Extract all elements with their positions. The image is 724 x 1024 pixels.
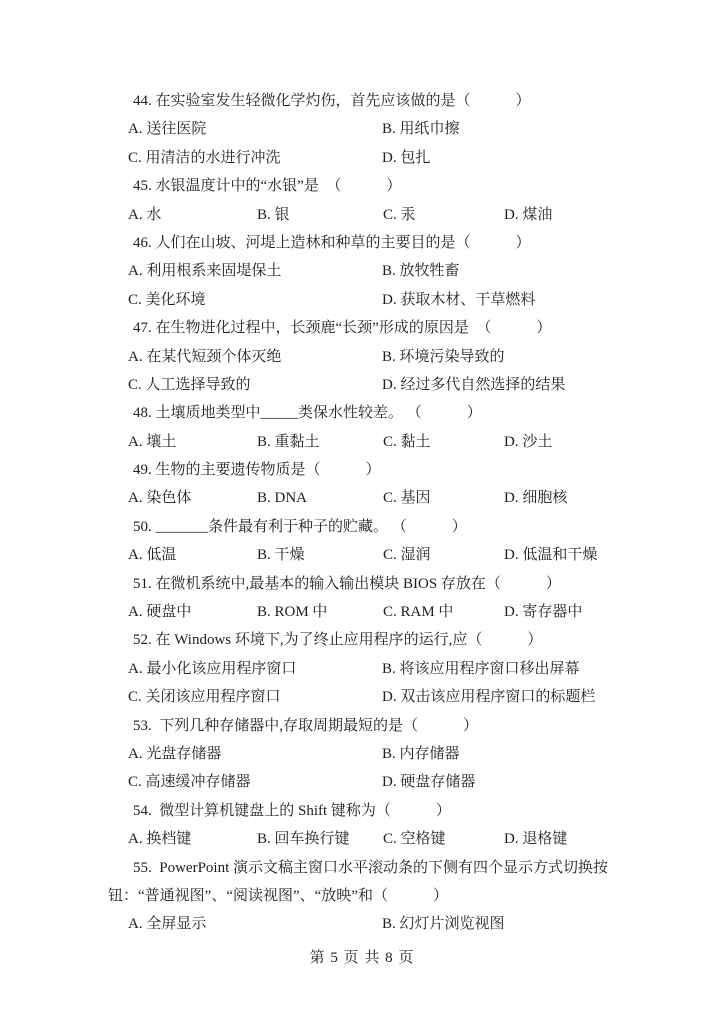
option-53-C: C. 高速缓冲存储器 (128, 768, 382, 796)
option-52-B: B. 将该应用程序窗口移出屏幕 (382, 655, 724, 683)
question-54-text: 54. 微型计算机键盘上的 Shift 键称为（ ） (0, 797, 724, 825)
option-48-D: D. 沙土 (504, 428, 724, 456)
option-48-A: A. 壤土 (128, 428, 257, 456)
option-55-B: B. 幻灯片浏览视图 (382, 910, 724, 938)
option-45-D: D. 煤油 (504, 201, 724, 229)
question-48-text: 48. 土壤质地类型中_____类保水性较差。 （ ） (0, 399, 724, 427)
question-55-text: 55. PowerPoint 演示文稿主窗口水平滚动条的下侧有四个显示方式切换按 (0, 854, 724, 882)
question-47-text: 47. 在生物进化过程中，长颈鹿“长颈”形成的原因是 （ ） (0, 314, 724, 342)
options-row-52: A. 最小化该应用程序窗口B. 将该应用程序窗口移出屏幕 (0, 655, 724, 683)
option-52-A: A. 最小化该应用程序窗口 (128, 655, 382, 683)
options-row-46: C. 美化环境D. 获取木材、干草燃料 (0, 286, 724, 314)
question-55-continuation: 钮：“普通视图”、“阅读视图”、“放映”和（ ） (0, 882, 724, 910)
question-list: 44. 在实验室发生轻微化学灼伤，首先应该做的是（ ）A. 送往医院B. 用纸巾… (0, 87, 724, 939)
question-50-text: 50. _______条件最有利于种子的贮藏。 （ ） (0, 513, 724, 541)
options-row-50: A. 低温B. 干燥C. 湿润D. 低温和干燥 (0, 541, 724, 569)
option-54-C: C. 空格键 (383, 825, 504, 853)
question-44-text: 44. 在实验室发生轻微化学灼伤，首先应该做的是（ ） (0, 87, 724, 115)
option-54-A: A. 换档键 (128, 825, 257, 853)
option-54-B: B. 回车换行键 (257, 825, 383, 853)
option-50-D: D. 低温和干燥 (504, 541, 724, 569)
options-row-44: A. 送往医院B. 用纸巾擦 (0, 115, 724, 143)
question-49-text: 49. 生物的主要遗传物质是（ ） (0, 456, 724, 484)
option-49-A: A. 染色体 (128, 484, 257, 512)
options-row-51: A. 硬盘中B. ROM 中C. RAM 中D. 寄存器中 (0, 598, 724, 626)
options-row-48: A. 壤土B. 重黏土C. 黏土D. 沙土 (0, 428, 724, 456)
option-46-C: C. 美化环境 (128, 286, 382, 314)
option-51-A: A. 硬盘中 (128, 598, 257, 626)
option-48-B: B. 重黏土 (257, 428, 383, 456)
option-49-C: C. 基因 (383, 484, 504, 512)
options-row-53: C. 高速缓冲存储器D. 硬盘存储器 (0, 768, 724, 796)
option-49-D: D. 细胞核 (504, 484, 724, 512)
options-row-55: A. 全屏显示B. 幻灯片浏览视图 (0, 910, 724, 938)
option-51-C: C. RAM 中 (383, 598, 504, 626)
option-47-B: B. 环境污染导致的 (382, 343, 724, 371)
option-52-D: D. 双击该应用程序窗口的标题栏 (382, 683, 724, 711)
option-53-D: D. 硬盘存储器 (382, 768, 724, 796)
options-row-47: C. 人工选择导致的D. 经过多代自然选择的结果 (0, 371, 724, 399)
option-45-A: A. 水 (128, 201, 257, 229)
options-row-46: A. 利用根系来固堤保土B. 放牧牲畜 (0, 257, 724, 285)
option-47-A: A. 在某代短颈个体灭绝 (128, 343, 382, 371)
option-46-A: A. 利用根系来固堤保土 (128, 257, 382, 285)
option-47-D: D. 经过多代自然选择的结果 (382, 371, 724, 399)
option-46-B: B. 放牧牲畜 (382, 257, 724, 285)
option-45-C: C. 汞 (383, 201, 504, 229)
options-row-44: C. 用清洁的水进行冲洗D. 包扎 (0, 144, 724, 172)
option-52-C: C. 关闭该应用程序窗口 (128, 683, 382, 711)
options-row-53: A. 光盘存储器B. 内存储器 (0, 740, 724, 768)
question-52-text: 52. 在 Windows 环境下,为了终止应用程序的运行,应（ ） (0, 626, 724, 654)
question-45-text: 45. 水银温度计中的“水银”是 （ ） (0, 172, 724, 200)
option-53-B: B. 内存储器 (382, 740, 724, 768)
option-44-B: B. 用纸巾擦 (382, 115, 724, 143)
question-51-text: 51. 在微机系统中,最基本的输入输出模块 BIOS 存放在（ ） (0, 570, 724, 598)
option-46-D: D. 获取木材、干草燃料 (382, 286, 724, 314)
option-50-C: C. 湿润 (383, 541, 504, 569)
option-44-D: D. 包扎 (382, 144, 724, 172)
exam-page: 44. 在实验室发生轻微化学灼伤，首先应该做的是（ ）A. 送往医院B. 用纸巾… (0, 0, 724, 1024)
option-50-A: A. 低温 (128, 541, 257, 569)
option-47-C: C. 人工选择导致的 (128, 371, 382, 399)
options-row-52: C. 关闭该应用程序窗口D. 双击该应用程序窗口的标题栏 (0, 683, 724, 711)
option-48-C: C. 黏土 (383, 428, 504, 456)
options-row-49: A. 染色体B. DNAC. 基因D. 细胞核 (0, 484, 724, 512)
options-row-45: A. 水B. 银C. 汞D. 煤油 (0, 201, 724, 229)
question-53-text: 53. 下列几种存储器中,存取周期最短的是（ ） (0, 712, 724, 740)
option-51-B: B. ROM 中 (257, 598, 383, 626)
option-45-B: B. 银 (257, 201, 383, 229)
options-row-54: A. 换档键B. 回车换行键C. 空格键D. 退格键 (0, 825, 724, 853)
page-footer: 第 5 页 共 8 页 (0, 944, 724, 972)
option-49-B: B. DNA (257, 484, 383, 512)
options-row-47: A. 在某代短颈个体灭绝B. 环境污染导致的 (0, 343, 724, 371)
option-44-A: A. 送往医院 (128, 115, 382, 143)
option-55-A: A. 全屏显示 (128, 910, 382, 938)
option-53-A: A. 光盘存储器 (128, 740, 382, 768)
option-54-D: D. 退格键 (504, 825, 724, 853)
question-46-text: 46. 人们在山坡、河堤上造林和种草的主要目的是（ ） (0, 229, 724, 257)
option-51-D: D. 寄存器中 (504, 598, 724, 626)
option-44-C: C. 用清洁的水进行冲洗 (128, 144, 382, 172)
option-50-B: B. 干燥 (257, 541, 383, 569)
